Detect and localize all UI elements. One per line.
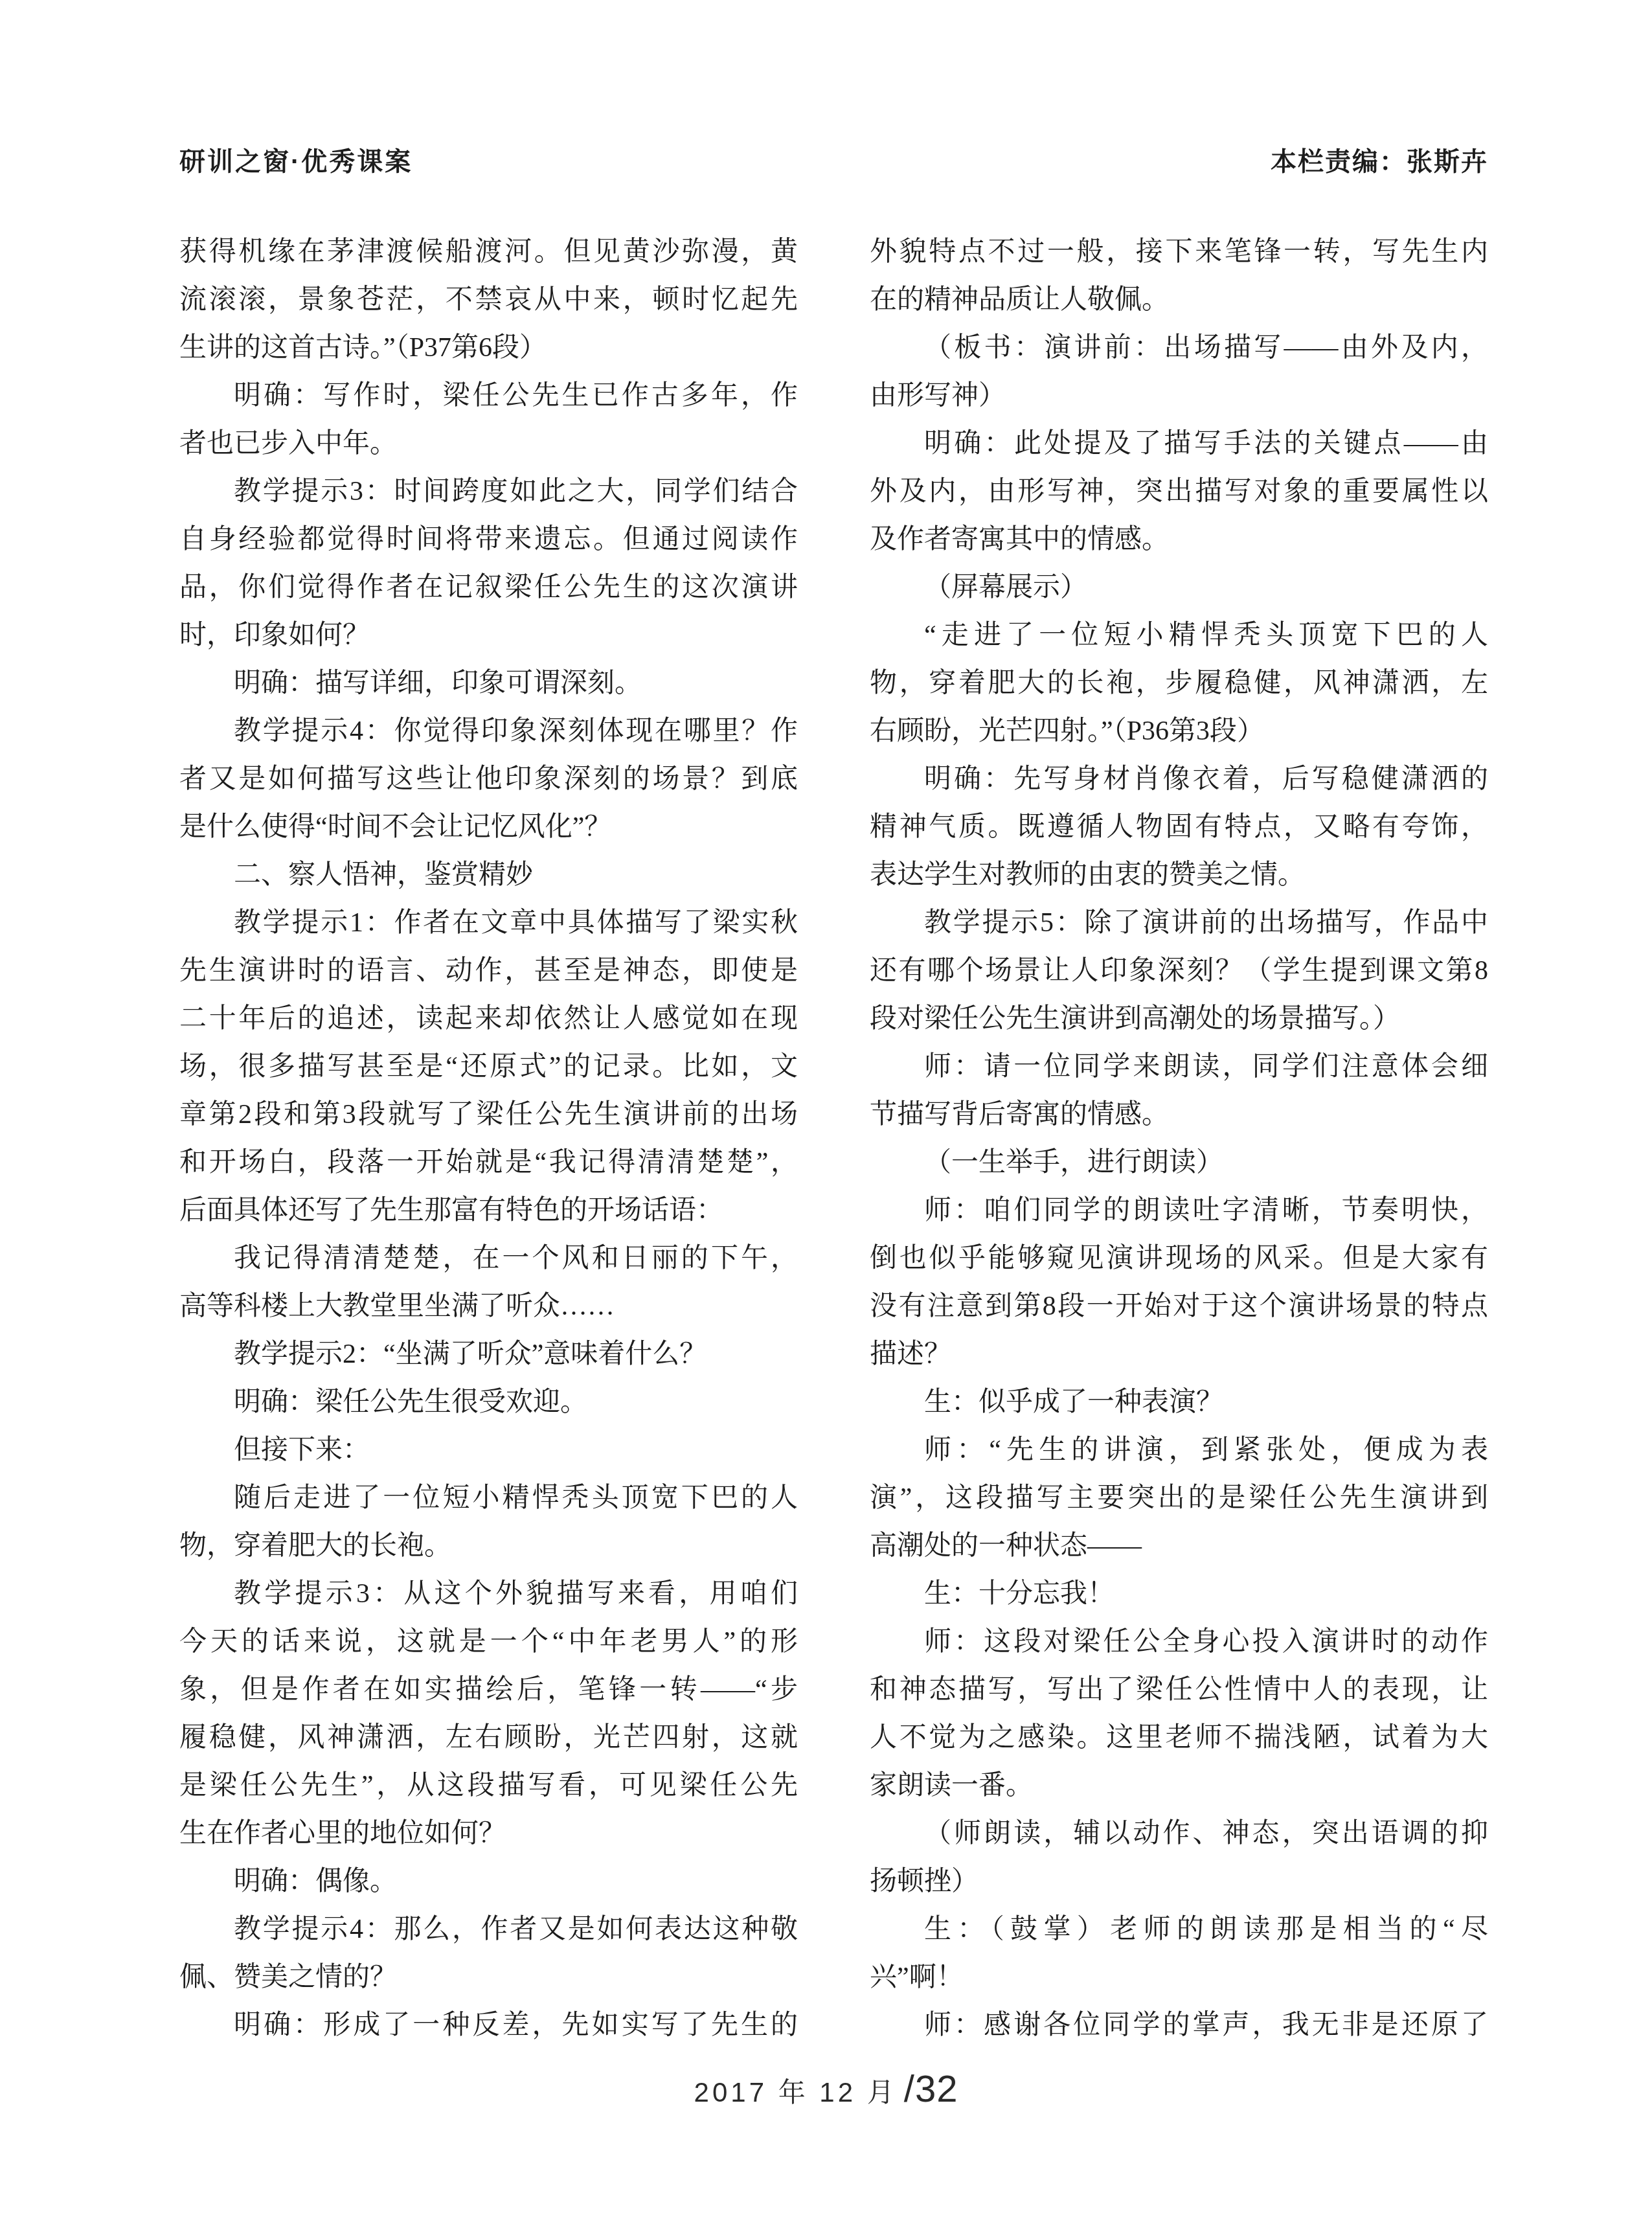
- text-line: 明确：形成了一种反差，先如实写了先生的: [179, 2001, 798, 2049]
- text-line: 教学提示1：作者在文章中具体描写了梁实秋: [179, 899, 798, 947]
- text-line: 生讲的这首古诗。”（P37第6段）: [179, 324, 798, 372]
- text-line: 随后走进了一位短小精悍秃头顶宽下巴的人: [179, 1474, 798, 1522]
- text-line: 师：请一位同学来朗读，同学们注意体会细: [870, 1043, 1488, 1091]
- text-line: 及作者寄寓其中的情感。: [870, 516, 1488, 563]
- text-line: 师：感谢各位同学的掌声，我无非是还原了: [870, 2001, 1488, 2049]
- text-line: 我记得清清楚楚，在一个风和日丽的下午，: [179, 1234, 798, 1282]
- text-line: 还有哪个场景让人印象深刻？（学生提到课文第8: [870, 947, 1488, 995]
- text-line: 二十年后的追述，读起来却依然让人感觉如在现: [179, 995, 798, 1043]
- text-line: 外及内，由形写神，突出描写对象的重要属性以: [870, 468, 1488, 516]
- text-line: 描述？: [870, 1330, 1488, 1378]
- text-line: （一生举手，进行朗读）: [870, 1139, 1488, 1187]
- text-line: 段对梁任公先生演讲到高潮处的场景描写。）: [870, 995, 1488, 1043]
- text-line: 履稳健，风神潇洒，左右顾盼，光芒四射，这就: [179, 1714, 798, 1762]
- text-line: 由形写神）: [870, 372, 1488, 420]
- text-line: 先生演讲时的语言、动作，甚至是神态，即使是: [179, 947, 798, 995]
- text-line: 和开场白，段落一开始就是“我记得清清楚楚”，: [179, 1139, 798, 1187]
- text-line: 扬顿挫）: [870, 1857, 1488, 1905]
- text-line: 家朗读一番。: [870, 1762, 1488, 1810]
- text-line: 兴”啊！: [870, 1953, 1488, 2001]
- text-line: 生：（鼓掌）老师的朗读那是相当的“尽: [870, 1905, 1488, 1953]
- text-line: 教学提示5：除了演讲前的出场描写，作品中: [870, 899, 1488, 947]
- text-column-right: 外貌特点不过一般，接下来笔锋一转，写先生内在的精神品质让人敬佩。（板书：演讲前：…: [870, 228, 1488, 2049]
- text-line: 品，你们觉得作者在记叙梁任公先生的这次演讲: [179, 563, 798, 611]
- text-line: 二、察人悟神，鉴赏精妙: [179, 851, 798, 899]
- text-line: 场，很多描写甚至是“还原式”的记录。比如，文: [179, 1043, 798, 1091]
- text-line: 人不觉为之感染。这里老师不揣浅陋，试着为大: [870, 1714, 1488, 1762]
- text-line: 物，穿着肥大的长袍，步履稳健，风神潇洒，左: [870, 659, 1488, 707]
- footer-date: 2017 年 12 月: [694, 2071, 898, 2110]
- text-line: 师：“先生的讲演，到紧张处，便成为表: [870, 1426, 1488, 1474]
- text-column-left: 获得机缘在茅津渡候船渡河。但见黄沙弥漫，黄流滚滚，景象苍茫，不禁哀从中来，顿时忆…: [179, 228, 798, 2049]
- text-line: 和神态描写，写出了梁任公性情中人的表现，让: [870, 1666, 1488, 1714]
- text-line: （师朗读，辅以动作、神态，突出语调的抑: [870, 1810, 1488, 1857]
- text-line: 教学提示4：那么，作者又是如何表达这种敬: [179, 1905, 798, 1953]
- text-line: 教学提示4：你觉得印象深刻体现在哪里？作: [179, 707, 798, 755]
- text-line: 右顾盼，光芒四射。”（P36第3段）: [870, 707, 1488, 755]
- text-line: 高等科楼上大教堂里坐满了听众……: [179, 1282, 798, 1330]
- text-line: 者也已步入中年。: [179, 420, 798, 468]
- text-line: 教学提示2：“坐满了听众”意味着什么？: [179, 1330, 798, 1378]
- text-line: 明确：写作时，梁任公先生已作古多年，作: [179, 372, 798, 420]
- text-line: 教学提示3：时间跨度如此之大，同学们结合: [179, 468, 798, 516]
- text-line: 生：十分忘我！: [870, 1570, 1488, 1618]
- text-line: 物，穿着肥大的长袍。: [179, 1522, 798, 1570]
- text-line: 是什么使得“时间不会让记忆风化”？: [179, 803, 798, 851]
- text-line: 时，印象如何？: [179, 611, 798, 659]
- page-footer: 2017 年 12 月 /32: [0, 2067, 1652, 2111]
- text-line: 获得机缘在茅津渡候船渡河。但见黄沙弥漫，黄: [179, 228, 798, 276]
- text-line: 佩、赞美之情的？: [179, 1953, 798, 2001]
- text-line: 倒也似乎能够窥见演讲现场的风采。但是大家有: [870, 1234, 1488, 1282]
- text-line: 后面具体还写了先生那富有特色的开场话语：: [179, 1187, 798, 1234]
- text-line: 明确：先写身材肖像衣着，后写稳健潇洒的: [870, 755, 1488, 803]
- text-line: 明确：描写详细，印象可谓深刻。: [179, 659, 798, 707]
- text-line: 今天的话来说，这就是一个“中年老男人”的形: [179, 1618, 798, 1666]
- text-line: 精神气质。既遵循人物固有特点，又略有夸饰，: [870, 803, 1488, 851]
- text-line: 生在作者心里的地位如何？: [179, 1810, 798, 1857]
- text-line: 但接下来：: [179, 1426, 798, 1474]
- text-line: 明确：此处提及了描写手法的关键点——由: [870, 420, 1488, 468]
- text-line: 外貌特点不过一般，接下来笔锋一转，写先生内: [870, 228, 1488, 276]
- article-body: 获得机缘在茅津渡候船渡河。但见黄沙弥漫，黄流滚滚，景象苍茫，不禁哀从中来，顿时忆…: [179, 228, 1488, 2049]
- text-line: 象，但是作者在如实描绘后，笔锋一转——“步: [179, 1666, 798, 1714]
- header-editor-credit: 本栏责编：张斯卉: [1271, 141, 1488, 178]
- text-line: 流滚滚，景象苍茫，不禁哀从中来，顿时忆起先: [179, 276, 798, 324]
- text-line: 自身经验都觉得时间将带来遗忘。但通过阅读作: [179, 516, 798, 563]
- text-line: 生：似乎成了一种表演？: [870, 1378, 1488, 1426]
- text-line: 教学提示3：从这个外貌描写来看，用咱们: [179, 1570, 798, 1618]
- text-line: 高潮处的一种状态——: [870, 1522, 1488, 1570]
- header-section-title: 研训之窗·优秀课案: [179, 141, 413, 178]
- text-line: “走进了一位短小精悍秃头顶宽下巴的人: [870, 611, 1488, 659]
- text-line: 者又是如何描写这些让他印象深刻的场景？到底: [179, 755, 798, 803]
- document-page: { "header": { "section_title": "研训之窗·优秀课…: [0, 0, 1652, 2226]
- text-line: 表达学生对教师的由衷的赞美之情。: [870, 851, 1488, 899]
- text-line: 明确：偶像。: [179, 1857, 798, 1905]
- text-line: 章第2段和第3段就写了梁任公先生演讲前的出场: [179, 1091, 798, 1139]
- text-line: 演”，这段描写主要突出的是梁任公先生演讲到: [870, 1474, 1488, 1522]
- text-line: （屏幕展示）: [870, 563, 1488, 611]
- footer-page-number: /32: [904, 2067, 958, 2111]
- text-line: 没有注意到第8段一开始对于这个演讲场景的特点: [870, 1282, 1488, 1330]
- text-line: 师：咱们同学的朗读吐字清晰，节奏明快，: [870, 1187, 1488, 1234]
- text-line: 师：这段对梁任公全身心投入演讲时的动作: [870, 1618, 1488, 1666]
- text-line: （板书：演讲前：出场描写——由外及内，: [870, 324, 1488, 372]
- text-line: 在的精神品质让人敬佩。: [870, 276, 1488, 324]
- text-line: 是梁任公先生”，从这段描写看，可见梁任公先: [179, 1762, 798, 1810]
- text-line: 明确：梁任公先生很受欢迎。: [179, 1378, 798, 1426]
- text-line: 节描写背后寄寓的情感。: [870, 1091, 1488, 1139]
